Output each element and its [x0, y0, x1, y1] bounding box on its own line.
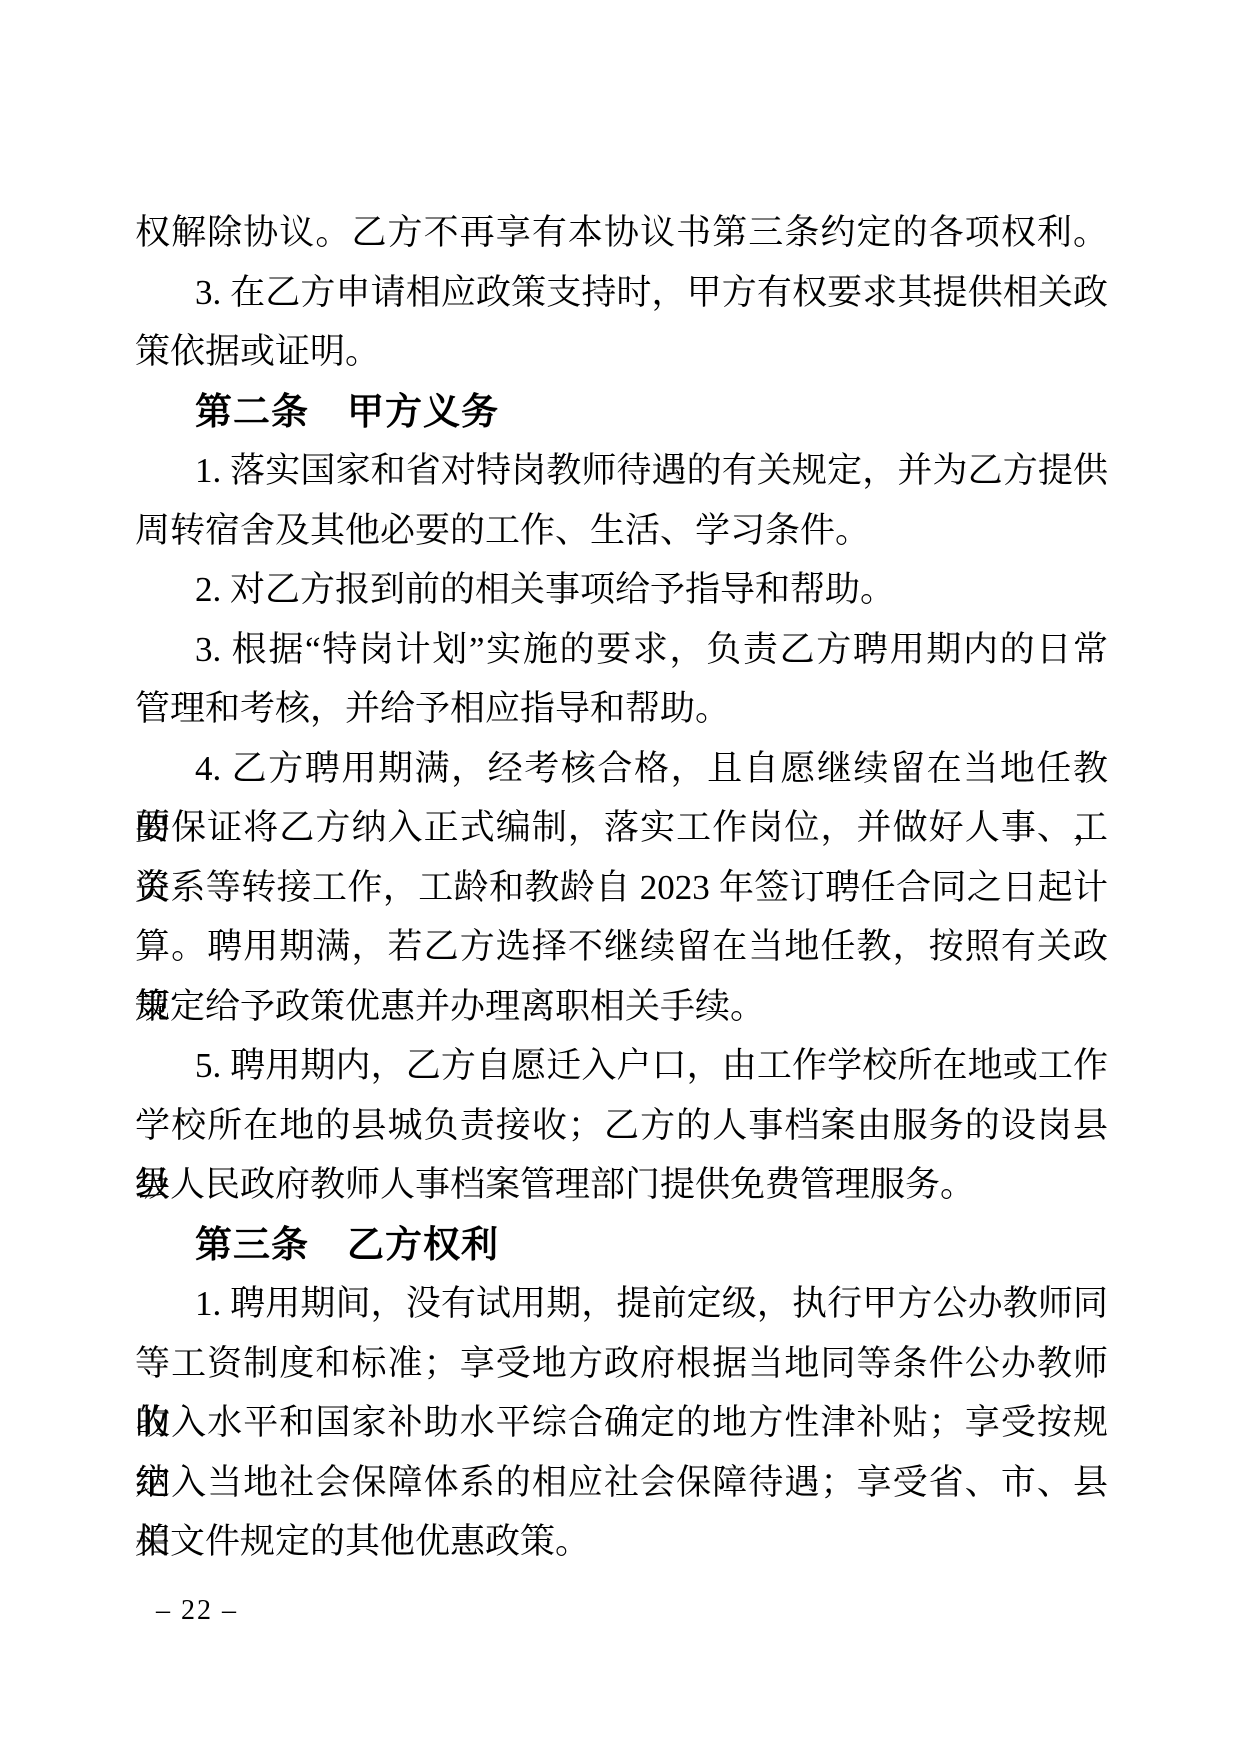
text-line: 5. 聘用期内，乙方自愿迁入户口，由工作学校所在地或工作	[135, 1036, 1108, 1096]
text-line: 策依据或证明。	[135, 322, 1108, 382]
text-line: 算。聘用期满，若乙方选择不继续留在当地任教，按照有关政策	[135, 917, 1108, 977]
text-line: 2. 对乙方报到前的相关事项给予指导和帮助。	[135, 560, 1108, 620]
text-line: 周转宿舍及其他必要的工作、生活、学习条件。	[135, 501, 1108, 561]
text-line: 学校所在地的县城负责接收；乙方的人事档案由服务的设岗县县	[135, 1096, 1108, 1156]
text-line: 级人民政府教师人事档案管理部门提供免费管理服务。	[135, 1155, 1108, 1215]
text-line: 关文件规定的其他优惠政策。	[135, 1512, 1108, 1572]
text-line: 3. 根据“特岗计划”实施的要求，负责乙方聘用期内的日常	[135, 620, 1108, 680]
text-line: 1. 聘用期间，没有试用期，提前定级，执行甲方公办教师同	[135, 1274, 1108, 1334]
text-line: 1. 落实国家和省对特岗教师待遇的有关规定，并为乙方提供	[135, 441, 1108, 501]
text-line: 关系等转接工作，工龄和教龄自 2023 年签订聘任合同之日起计	[135, 858, 1108, 918]
text-line: 3. 在乙方申请相应政策支持时，甲方有权要求其提供相关政	[135, 263, 1108, 323]
text-line: 4. 乙方聘用期满，经考核合格，且自愿继续留在当地任教的，	[135, 739, 1108, 799]
text-line: 要保证将乙方纳入正式编制，落实工作岗位，并做好人事、工资	[135, 798, 1108, 858]
page-number: – 22 –	[156, 1594, 238, 1628]
section-heading-party-a-obligations: 第二条 甲方义务	[135, 382, 1108, 442]
text-line: 纳入当地社会保障体系的相应社会保障待遇；享受省、市、县相	[135, 1453, 1108, 1513]
text-line: 权解除协议。乙方不再享有本协议书第三条约定的各项权利。	[135, 203, 1108, 263]
section-heading-party-b-rights: 第三条 乙方权利	[135, 1215, 1108, 1275]
text-line: 收入水平和国家补助水平综合确定的地方性津补贴；享受按规定	[135, 1393, 1108, 1453]
document-page: 权解除协议。乙方不再享有本协议书第三条约定的各项权利。 3. 在乙方申请相应政策…	[0, 0, 1241, 1755]
text-line: 规定给予政策优惠并办理离职相关手续。	[135, 977, 1108, 1037]
text-line: 等工资制度和标准；享受地方政府根据当地同等条件公办教师的	[135, 1334, 1108, 1394]
document-body: 权解除协议。乙方不再享有本协议书第三条约定的各项权利。 3. 在乙方申请相应政策…	[135, 203, 1108, 1572]
text-line: 管理和考核，并给予相应指导和帮助。	[135, 679, 1108, 739]
